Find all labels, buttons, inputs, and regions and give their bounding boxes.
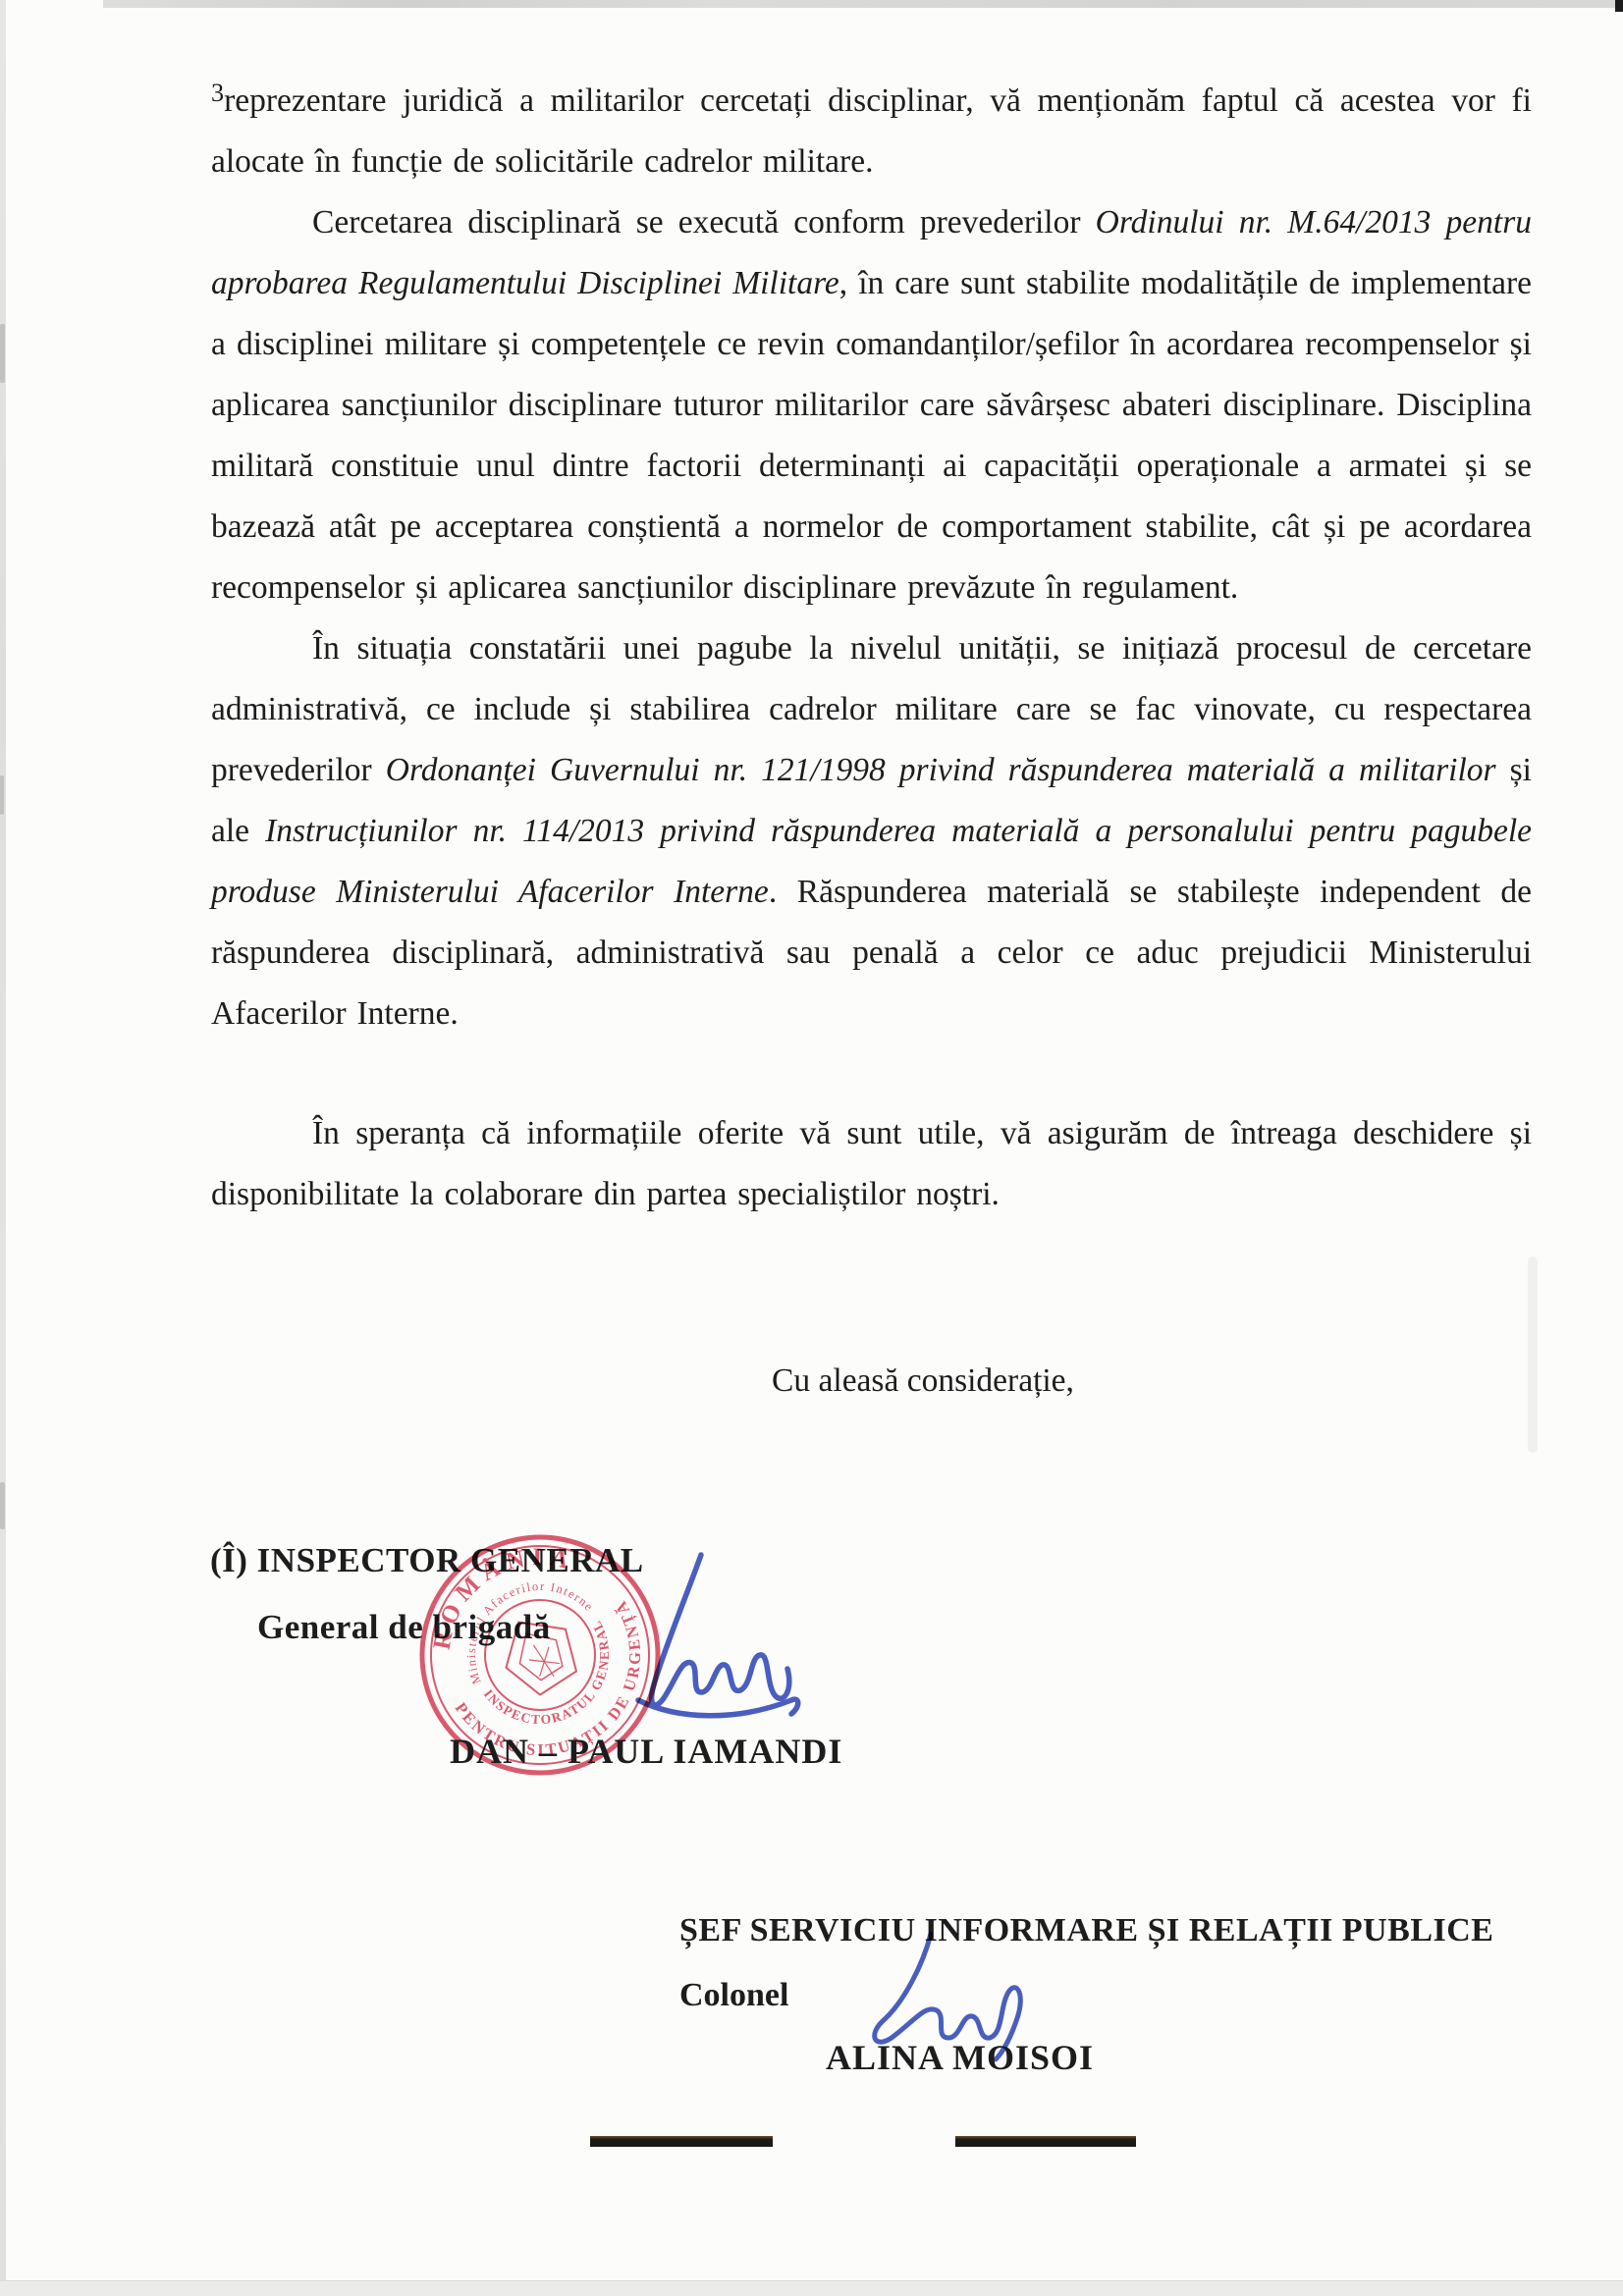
right-signer-rank: Colonel xyxy=(679,1977,788,2014)
paragraph-run-normal: În speranța că informațiile oferite vă s… xyxy=(211,1115,1532,1212)
closing-salutation: Cu aleasă considerație, xyxy=(211,1362,1532,1400)
scan-edge-bottom xyxy=(0,2280,1623,2296)
stamp-center-emblem xyxy=(489,1603,588,1702)
body-paragraph: În situația constatării unei pagube la n… xyxy=(211,618,1532,1044)
scan-smudge xyxy=(0,324,5,383)
right-signer-name: ALINA MOISOI xyxy=(826,2037,1094,2078)
scan-streak xyxy=(1528,1256,1538,1453)
letter-body: 3reprezentare juridică a militarilor cer… xyxy=(211,63,1532,1225)
scan-edge-top xyxy=(103,0,1623,8)
scanner-mark-left xyxy=(590,2136,773,2147)
paragraph-run-normal: reprezentare juridică a militarilor cerc… xyxy=(211,82,1532,180)
left-signer-name: DAN – PAUL IAMANDI xyxy=(450,1731,842,1772)
paragraph-run-italic: Ordonanței Guvernului nr. 121/1998 privi… xyxy=(386,752,1496,788)
body-paragraph: Cercetarea disciplinară se execută confo… xyxy=(211,192,1532,618)
right-signer-function: ȘEF SERVICIU INFORMARE ȘI RELAȚII PUBLIC… xyxy=(679,1912,1493,1949)
paragraph-run-normal: Cercetarea disciplinară se execută confo… xyxy=(312,204,1096,240)
paragraph-run-sup: 3 xyxy=(211,79,224,107)
body-paragraph: În speranța că informațiile oferite vă s… xyxy=(211,1103,1532,1225)
scan-corner-mark xyxy=(1615,0,1623,12)
scan-smudge xyxy=(0,775,4,815)
scanner-mark-right xyxy=(955,2136,1136,2147)
scan-smudge xyxy=(0,1482,5,1529)
paragraph-run-normal: , în care sunt stabilite modalitățile de… xyxy=(211,265,1532,606)
left-signature xyxy=(599,1537,815,1748)
body-paragraph: 3reprezentare juridică a militarilor cer… xyxy=(211,63,1532,192)
scanned-letter-page: 3reprezentare juridică a militarilor cer… xyxy=(0,0,1623,2296)
